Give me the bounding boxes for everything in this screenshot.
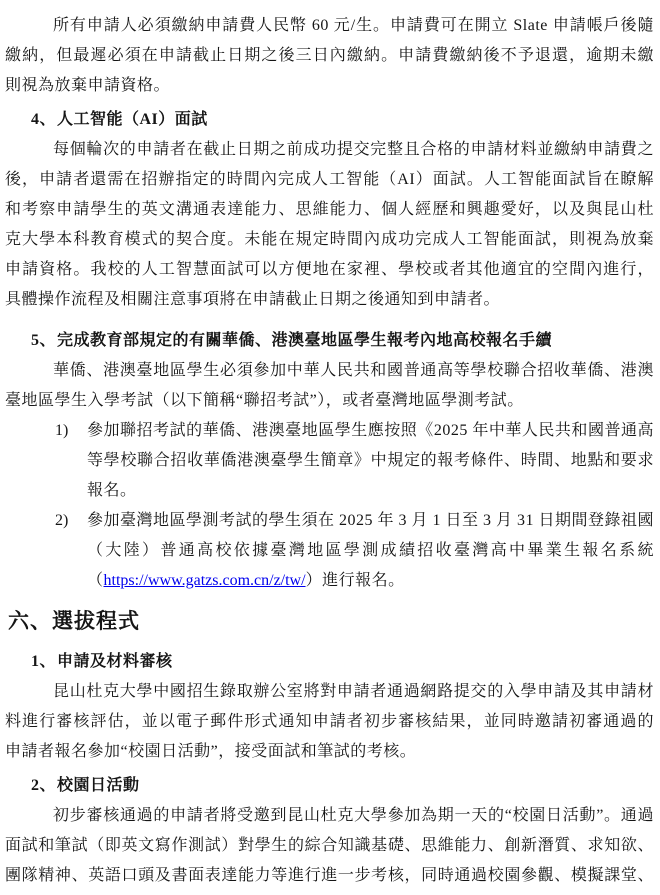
link-prefix: （ bbox=[87, 572, 104, 589]
heading-application-review: 1、申請及材料審核 bbox=[5, 647, 654, 677]
text-line: 和考察申請學生的英文溝通表達能力、思維能力、個人經歷和興趣愛好，以及與昆山杜 bbox=[5, 195, 654, 225]
text-line: 2)參加臺灣地區學測考試的學生須在 2025 年 3 月 1 日至 3 月 31… bbox=[5, 506, 654, 536]
text-line: 具體操作流程及相關注意事項將在申請截止日期之後通知到申請者。 bbox=[5, 285, 654, 315]
gatzs-link[interactable]: https://www.gatzs.com.cn/z/tw/ bbox=[104, 572, 306, 589]
text-line: 昆山杜克大學中國招生錄取辦公室將對申請者通過網路提交的入學申請及其申請材 bbox=[5, 677, 654, 707]
text-line: 所有申請人必須繳納申請費人民幣 60 元/生。申請費可在開立 Slate 申請帳… bbox=[5, 11, 654, 41]
paragraph-overseas-exam: 華僑、港澳臺地區學生必須參加中華人民共和國普通高等學校聯合招收華僑、港澳 臺地區… bbox=[5, 356, 654, 416]
paragraph-application-review: 昆山杜克大學中國招生錄取辦公室將對申請者通過網路提交的入學申請及其申請材 料進行… bbox=[5, 677, 654, 767]
heading-title: 人工智能（AI）面試 bbox=[57, 111, 208, 128]
paragraph-campus-day: 初步審核通過的申請者將受邀到昆山杜克大學參加為期一天的“校園日活動”。通過 面試… bbox=[5, 801, 654, 891]
text-line: 繳納，但最遲必須在申請截止日期之後三日內繳納。申請費繳納後不予退還，逾期未繳 bbox=[5, 41, 654, 71]
heading-number: 1、 bbox=[31, 647, 57, 677]
paragraph-application-fee: 所有申請人必須繳納申請費人民幣 60 元/生。申請費可在開立 Slate 申請帳… bbox=[5, 11, 654, 101]
list-item-joint-exam: 1)參加聯招考試的華僑、港澳臺地區學生應按照《2025 年中華人民共和國普通高 … bbox=[5, 416, 654, 506]
heading-title: 申請及材料審核 bbox=[57, 653, 173, 670]
text-line: 申請資格。我校的人工智慧面試可以方便地在家裡、學校或者其他適宜的空間內進行， bbox=[5, 255, 654, 285]
list-text: 參加聯招考試的華僑、港澳臺地區學生應按照《2025 年中華人民共和國普通高 bbox=[87, 422, 654, 439]
list-number: 2) bbox=[55, 506, 68, 536]
text-line: 每個輪次的申請者在截止日期之前成功提交完整且合格的申請材料並繳納申請費之 bbox=[5, 135, 654, 165]
link-suffix: ）進行報名。 bbox=[306, 572, 405, 589]
text-line: 等學校聯合招收華僑港澳臺學生簡章》中規定的報考條件、時間、地點和要求 bbox=[5, 446, 654, 476]
document-page: 所有申請人必須繳納申請費人民幣 60 元/生。申請費可在開立 Slate 申請帳… bbox=[0, 0, 660, 895]
heading-number: 5、 bbox=[31, 326, 57, 356]
list-number: 1) bbox=[55, 416, 68, 446]
text-line: 申請者報名參加“校園日活動”，接受面試和筆試的考核。 bbox=[5, 737, 654, 767]
text-line: 面試和筆試（即英文寫作測試）對學生的綜合知識基礎、思維能力、創新潛質、求知欲、 bbox=[5, 831, 654, 861]
text-line: 克大學本科教育模式的契合度。未能在規定時間內成功完成人工智能面試，則視為放棄 bbox=[5, 225, 654, 255]
text-line: （https://www.gatzs.com.cn/z/tw/）進行報名。 bbox=[5, 566, 654, 596]
text-line: 華僑、港澳臺地區學生必須參加中華人民共和國普通高等學校聯合招收華僑、港澳 bbox=[5, 356, 654, 386]
section-heading-selection-process: 六、選拔程式 bbox=[5, 604, 654, 640]
heading-number: 2、 bbox=[31, 771, 57, 801]
text-line: （大陸）普通高校依據臺灣地區學測成績招收臺灣高中畢業生報名系統 bbox=[5, 536, 654, 566]
list-item-taiwan-exam: 2)參加臺灣地區學測考試的學生須在 2025 年 3 月 1 日至 3 月 31… bbox=[5, 506, 654, 596]
text-line: 1)參加聯招考試的華僑、港澳臺地區學生應按照《2025 年中華人民共和國普通高 bbox=[5, 416, 654, 446]
heading-moe-registration: 5、完成教育部規定的有關華僑、港澳臺地區學生報考內地高校報名手續 bbox=[5, 326, 654, 356]
heading-title: 校園日活動 bbox=[57, 777, 140, 794]
heading-ai-interview: 4、人工智能（AI）面試 bbox=[5, 105, 654, 135]
text-line: 團隊精神、英語口頭及書面表達能力等進行進一步考核，同時通過校園參觀、模擬課堂、 bbox=[5, 861, 654, 891]
list-text: 參加臺灣地區學測考試的學生須在 2025 年 3 月 1 日至 3 月 31 日… bbox=[87, 512, 654, 529]
heading-title: 完成教育部規定的有關華僑、港澳臺地區學生報考內地高校報名手續 bbox=[57, 332, 552, 349]
heading-number: 4、 bbox=[31, 105, 57, 135]
paragraph-ai-interview: 每個輪次的申請者在截止日期之前成功提交完整且合格的申請材料並繳納申請費之 後，申… bbox=[5, 135, 654, 315]
text-line: 則視為放棄申請資格。 bbox=[5, 71, 654, 101]
heading-campus-day: 2、校園日活動 bbox=[5, 771, 654, 801]
text-line: 報名。 bbox=[5, 476, 654, 506]
text-line: 初步審核通過的申請者將受邀到昆山杜克大學參加為期一天的“校園日活動”。通過 bbox=[5, 801, 654, 831]
text-line: 後，申請者還需在招辦指定的時間內完成人工智能（AI）面試。人工智能面試旨在瞭解 bbox=[5, 165, 654, 195]
text-line: 臺地區學生入學考試（以下簡稱“聯招考試”），或者臺灣地區學測考試。 bbox=[5, 386, 654, 416]
text-line: 料進行審核評估，並以電子郵件形式通知申請者初步審核結果，並同時邀請初審通過的 bbox=[5, 707, 654, 737]
